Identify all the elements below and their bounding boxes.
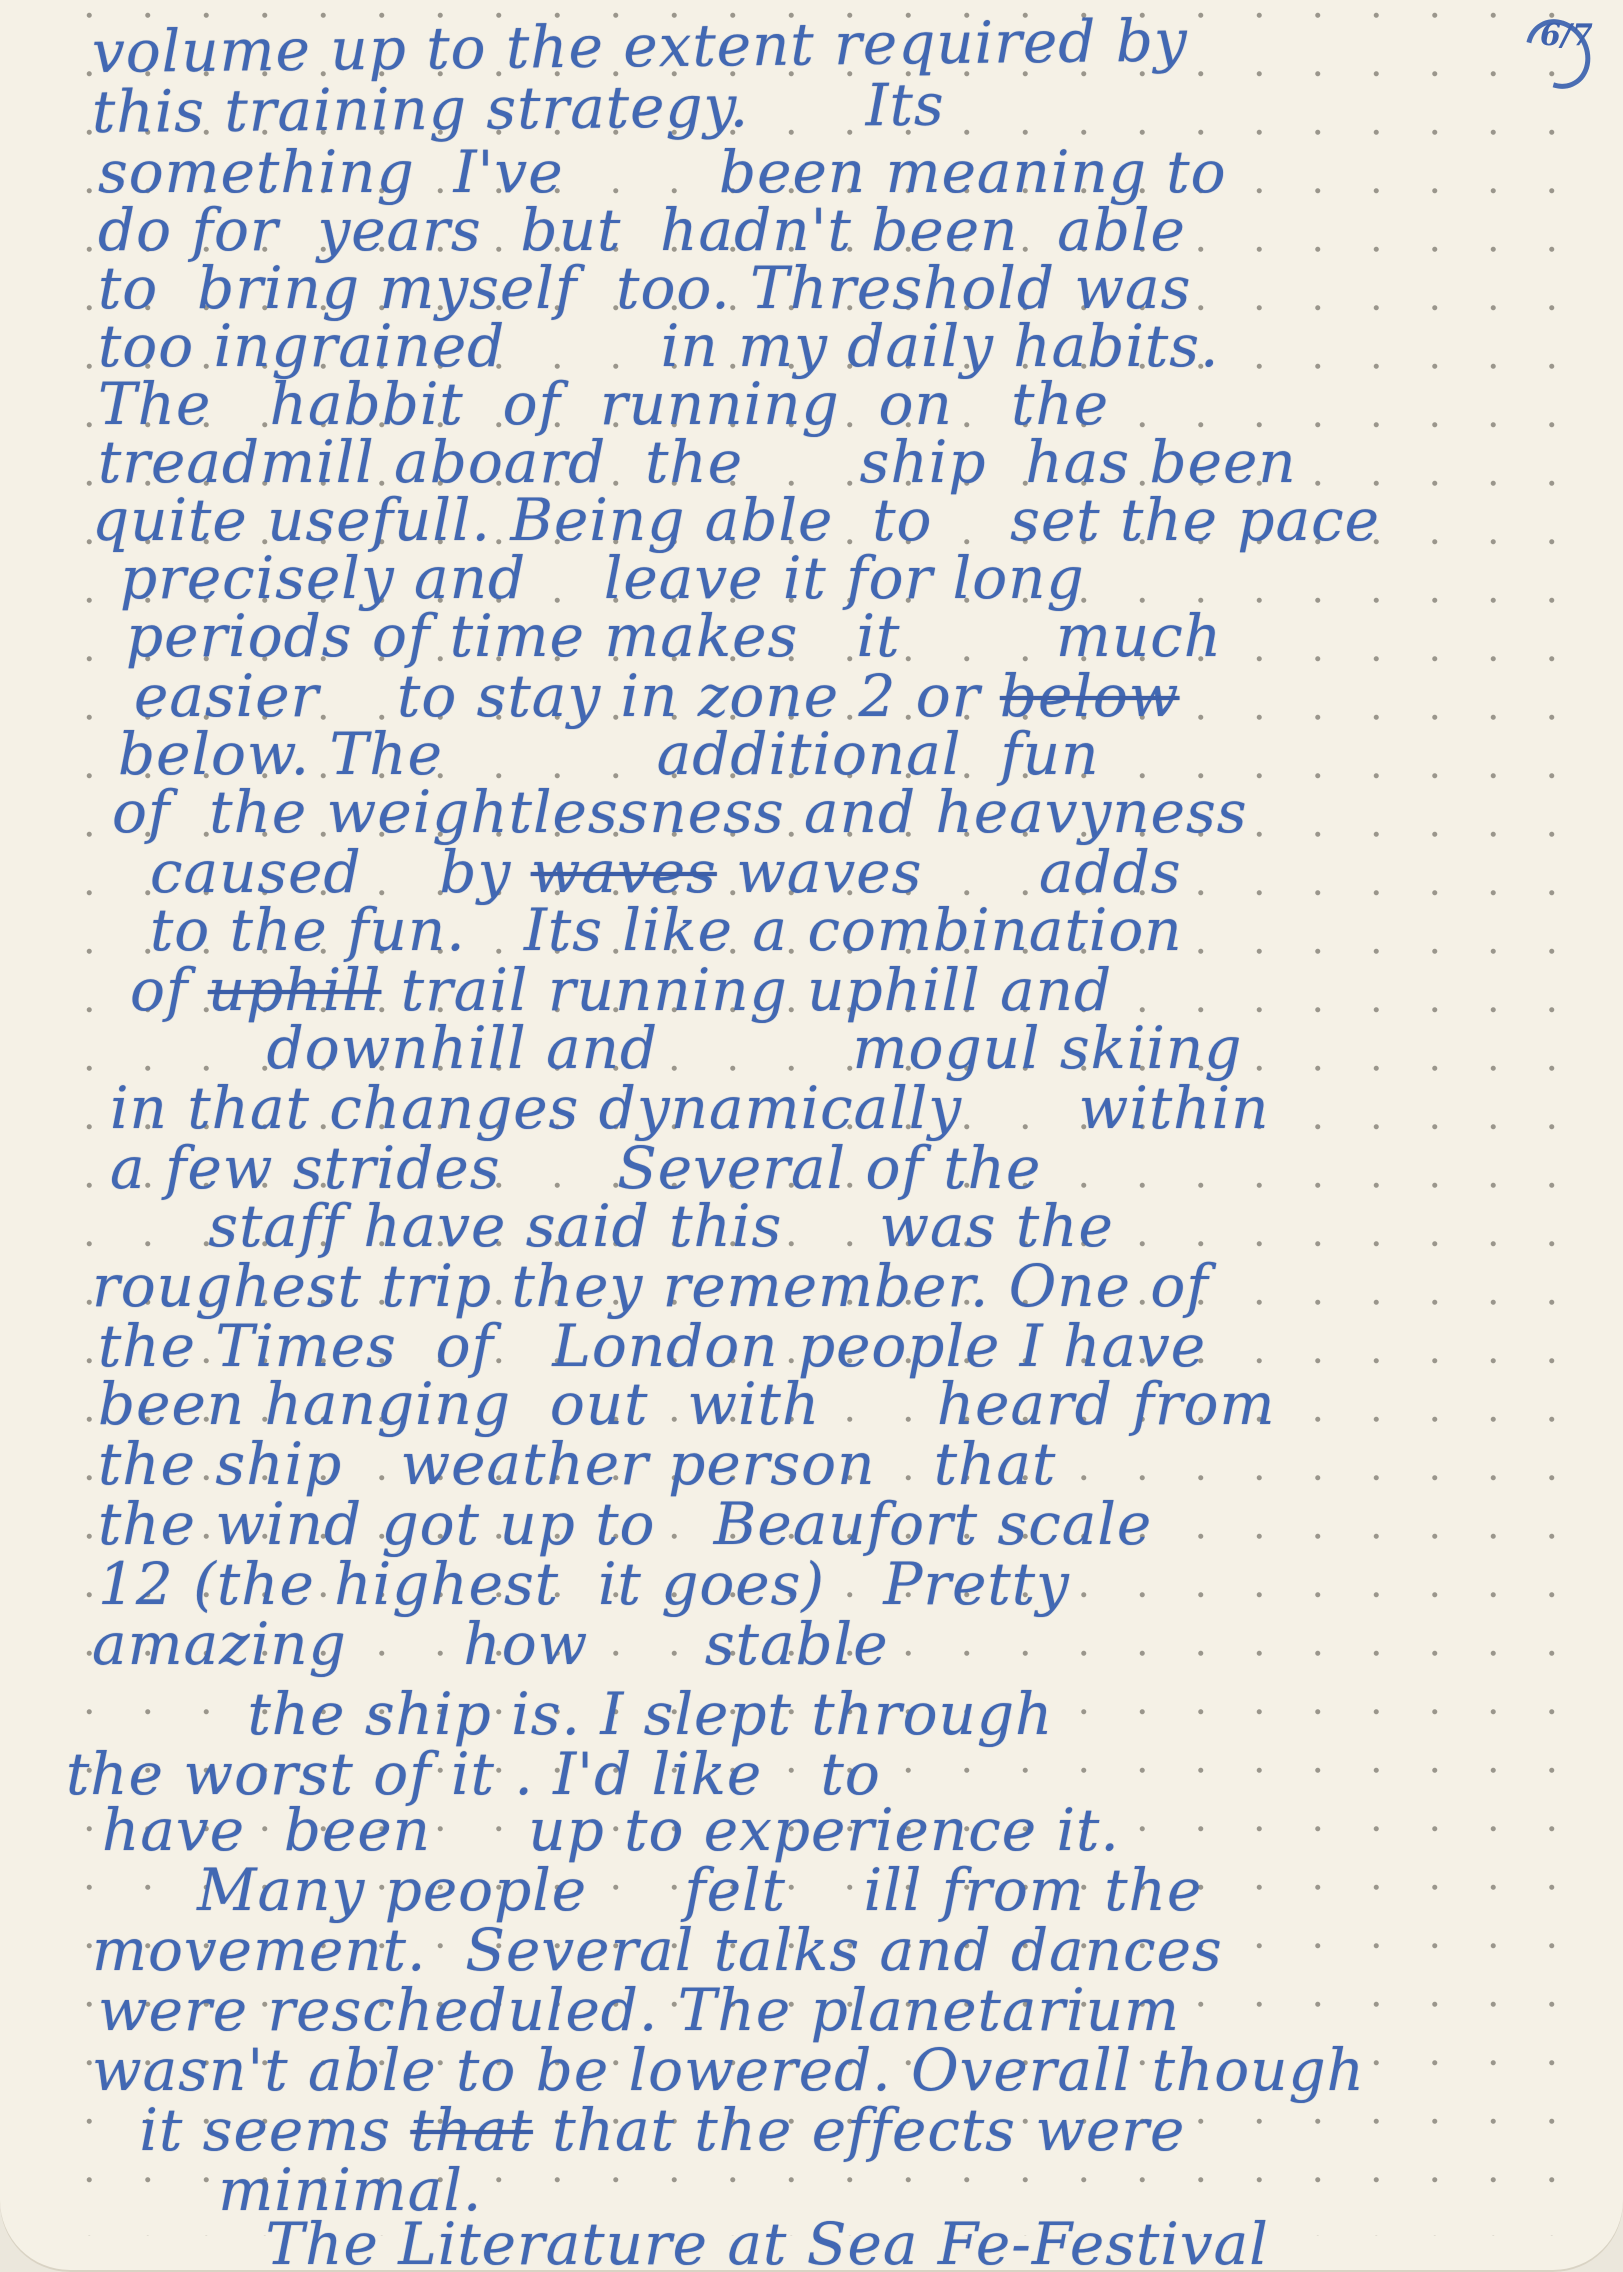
text-line: a few strides Several of the xyxy=(110,1138,1041,1198)
text-line: the ship is. I slept through xyxy=(92,1684,1053,1744)
text-line: downhill and mogul skiing xyxy=(150,1018,1242,1078)
text-line: it seems that that the effects were xyxy=(120,2100,1185,2160)
text-line: this training strategy. Its xyxy=(92,75,945,142)
text-line: roughest trip they remember. One of xyxy=(92,1256,1209,1316)
text-line: The habbit of running on the xyxy=(98,374,1109,434)
text-line: below. The additional fun xyxy=(118,724,1099,784)
text-line: Many people felt ill from the xyxy=(100,1860,1202,1920)
text-line: something I've been meaning to xyxy=(98,142,1227,202)
text-line: of the weightlessness and heavyness xyxy=(112,782,1248,842)
text-line: of uphill trail running uphill and xyxy=(130,960,1112,1020)
text-line: the worst of it . I'd like to xyxy=(66,1744,881,1804)
text-line: easier to stay in zone 2 or below xyxy=(134,666,1179,726)
text-line: too ingrained in my daily habits. xyxy=(98,316,1219,376)
text-line: been hanging out with heard from xyxy=(98,1374,1275,1434)
text-line: the Times of London people I have xyxy=(98,1316,1206,1376)
text-line: were rescheduled. The planetarium xyxy=(98,1980,1180,2040)
text-line: volume up to the extent required by xyxy=(92,11,1188,82)
text-line: quite usefull. Being able to set the pac… xyxy=(92,490,1380,550)
text-line: 12 (the highest it goes) Pretty xyxy=(98,1554,1070,1614)
text-line: periods of time makes it much xyxy=(126,606,1222,666)
notebook-page: 6/7 volume up to the extent required by … xyxy=(0,0,1623,2272)
text-line: precisely and leave it for long xyxy=(120,548,1085,608)
text-line: to bring myself too. Threshold was xyxy=(98,258,1191,318)
text-line: the wind got up to Beaufort scale xyxy=(98,1494,1152,1554)
text-line: do for years but hadn't been able xyxy=(98,200,1186,260)
text-line: to the fun. Its like a combination xyxy=(150,900,1183,960)
text-line: the ship weather person that xyxy=(98,1434,1056,1494)
text-line: treadmill aboard the ship has been xyxy=(98,432,1297,492)
text-line: staff have said this was the xyxy=(150,1196,1114,1256)
text-segment: that the effects were xyxy=(533,2096,1185,2164)
text-line: amazing how stable xyxy=(92,1614,889,1674)
text-line: caused by waves waves adds xyxy=(150,842,1182,902)
text-segment: it seems xyxy=(120,2096,391,2164)
text-line: in that changes dynamically within xyxy=(110,1078,1269,1138)
handwritten-text: volume up to the extent required by this… xyxy=(0,0,1623,2272)
text-line: wasn't able to be lowered. Overall thoug… xyxy=(92,2040,1365,2100)
text-line: have been up to experience it. xyxy=(102,1800,1120,1860)
text-line: movement. Several talks and dances xyxy=(92,1920,1223,1980)
struck-word: that xyxy=(410,2096,533,2164)
text-line: The Literature at Sea Fe-Festival xyxy=(110,2214,1269,2272)
